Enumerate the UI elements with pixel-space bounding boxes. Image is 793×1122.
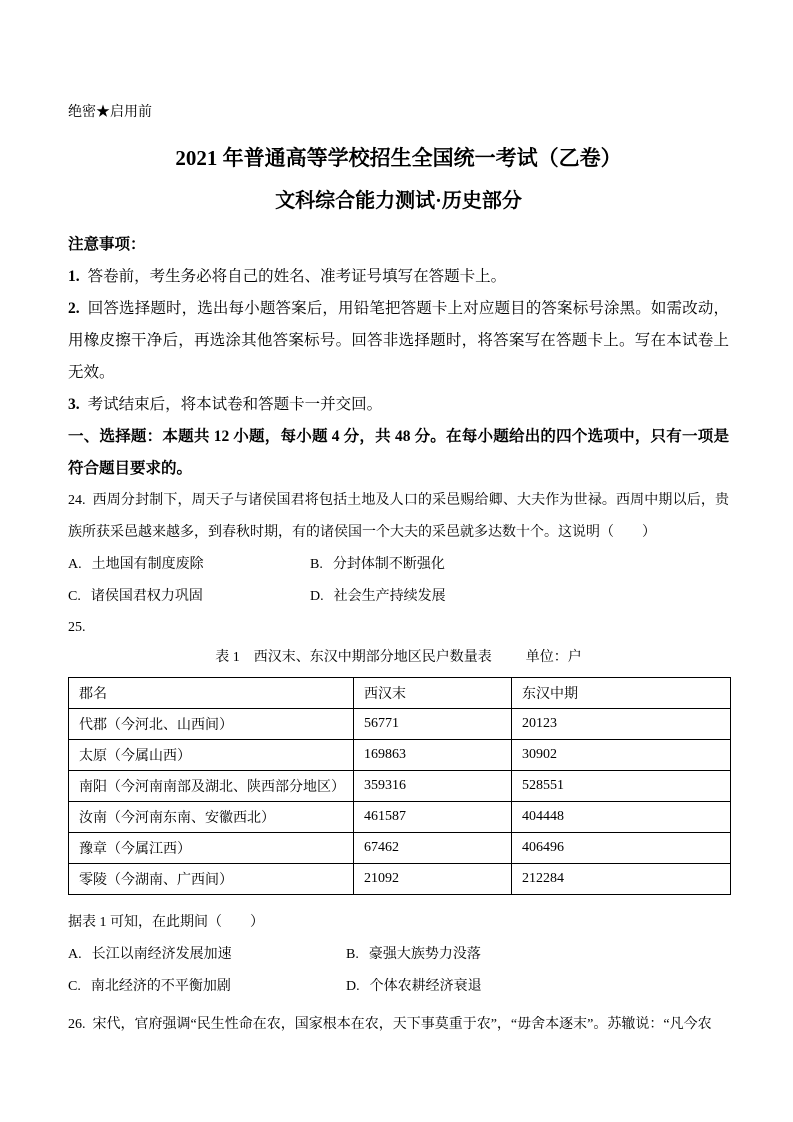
table-cell: 30902 xyxy=(512,740,731,771)
option-c: C.南北经济的不平衡加剧 xyxy=(68,971,346,1003)
table-cell: 20123 xyxy=(512,709,731,740)
option-text: 诸侯国君权力巩固 xyxy=(91,589,203,604)
question-stem-text: 西周分封制下，周天子与诸侯国君将包括土地及人口的采邑赐给卿、大夫作为世禄。西周中… xyxy=(68,493,729,540)
question-25-options: A.长江以南经济发展加速 B.豪强大族势力没落 C.南北经济的不平衡加剧 D.个… xyxy=(68,939,729,1003)
option-d: D.个体农耕经济衰退 xyxy=(346,971,729,1003)
question-number: 26. xyxy=(68,1017,86,1032)
table-cell: 56771 xyxy=(354,709,512,740)
option-text: 个体农耕经济衰退 xyxy=(370,979,482,994)
option-text: 长江以南经济发展加速 xyxy=(92,947,232,962)
exam-title: 2021 年普通高等学校招生全国统一考试（乙卷） xyxy=(68,145,729,171)
option-label: C. xyxy=(68,589,81,604)
option-label: B. xyxy=(346,947,359,962)
option-text: 南北经济的不平衡加剧 xyxy=(91,979,231,994)
notice-item-text: 考试结束后，将本试卷和答题卡一并交回。 xyxy=(88,396,383,413)
notice-item-3: 3.考试结束后，将本试卷和答题卡一并交回。 xyxy=(68,389,729,421)
table-header-cell-west-han: 西汉末 xyxy=(354,678,512,709)
table-row: 代郡（今河北、山西间） 56771 20123 xyxy=(69,709,731,740)
table-cell: 169863 xyxy=(354,740,512,771)
option-label: B. xyxy=(310,557,323,572)
table-header-cell-name: 郡名 xyxy=(69,678,354,709)
notice-item-text: 答卷前，考生务必将自己的姓名、准考证号填写在答题卡上。 xyxy=(88,268,507,285)
option-text: 土地国有制度废除 xyxy=(92,557,204,572)
table-cell: 212284 xyxy=(512,864,731,895)
question-number: 24. xyxy=(68,493,86,508)
table-cell: 豫章（今属江西） xyxy=(69,833,354,864)
table-cell: 代郡（今河北、山西间） xyxy=(69,709,354,740)
option-text: 社会生产持续发展 xyxy=(334,589,446,604)
table-cell: 零陵（今湖南、广西间） xyxy=(69,864,354,895)
table-cell: 528551 xyxy=(512,771,731,802)
section-one-heading: 一、选择题：本题共 12 小题，每小题 4 分，共 48 分。在每小题给出的四个… xyxy=(68,421,729,485)
question-number: 25. xyxy=(68,613,729,643)
option-label: D. xyxy=(346,979,360,994)
exam-subtitle: 文科综合能力测试·历史部分 xyxy=(68,189,729,213)
household-count-table: 郡名 西汉末 东汉中期 代郡（今河北、山西间） 56771 20123 太原（今… xyxy=(68,677,731,895)
table-unit-label: 单位：户 xyxy=(526,650,582,665)
question-26: 26.宋代，官府强调“民生性命在农，国家根本在农，天下事莫重于农”，“毋舍本逐末… xyxy=(68,1009,729,1041)
table-header-row: 郡名 西汉末 东汉中期 xyxy=(69,678,731,709)
option-a: A.土地国有制度废除 xyxy=(68,549,310,581)
question-26-stem: 26.宋代，官府强调“民生性命在农，国家根本在农，天下事莫重于农”，“毋舍本逐末… xyxy=(68,1009,729,1041)
table-caption-text: 表 1 西汉末、东汉中期部分地区民户数量表 xyxy=(215,650,492,665)
table-row: 太原（今属山西） 169863 30902 xyxy=(69,740,731,771)
table-cell: 汝南（今河南东南、安徽西北） xyxy=(69,802,354,833)
option-c: C.诸侯国君权力巩固 xyxy=(68,581,310,613)
notice-item-number: 2. xyxy=(68,300,80,317)
table-header-cell-east-han: 东汉中期 xyxy=(512,678,731,709)
security-classification: 绝密★启用前 xyxy=(68,104,729,122)
option-b: B.分封体制不断强化 xyxy=(310,549,729,581)
question-25: 25. 表 1 西汉末、东汉中期部分地区民户数量表单位：户 郡名 西汉末 东汉中… xyxy=(68,613,729,1003)
question-24: 24.西周分封制下，周天子与诸侯国君将包括土地及人口的采邑赐给卿、大夫作为世禄。… xyxy=(68,485,729,613)
table-cell: 461587 xyxy=(354,802,512,833)
notice-item-number: 3. xyxy=(68,396,80,413)
notice-item-1: 1.答卷前，考生务必将自己的姓名、准考证号填写在答题卡上。 xyxy=(68,261,729,293)
table-cell: 太原（今属山西） xyxy=(69,740,354,771)
table-row: 汝南（今河南东南、安徽西北） 461587 404448 xyxy=(69,802,731,833)
question-24-options: A.土地国有制度废除 B.分封体制不断强化 C.诸侯国君权力巩固 D.社会生产持… xyxy=(68,549,729,613)
table-cell: 359316 xyxy=(354,771,512,802)
table-row: 南阳（今河南南部及湖北、陕西部分地区） 359316 528551 xyxy=(69,771,731,802)
option-label: A. xyxy=(68,557,82,572)
option-label: A. xyxy=(68,947,82,962)
table-cell: 南阳（今河南南部及湖北、陕西部分地区） xyxy=(69,771,354,802)
option-b: B.豪强大族势力没落 xyxy=(346,939,729,971)
exam-page: 绝密★启用前 2021 年普通高等学校招生全国统一考试（乙卷） 文科综合能力测试… xyxy=(0,0,793,1122)
table-row: 零陵（今湖南、广西间） 21092 212284 xyxy=(69,864,731,895)
notice-item-text: 回答选择题时，选出每小题答案后，用铅笔把答题卡上对应题目的答案标号涂黑。如需改动… xyxy=(68,300,729,381)
table-cell: 404448 xyxy=(512,802,731,833)
question-25-stem: 据表 1 可知，在此期间（ ） xyxy=(68,907,729,939)
option-a: A.长江以南经济发展加速 xyxy=(68,939,346,971)
notice-heading: 注意事项： xyxy=(68,229,729,261)
table-cell: 21092 xyxy=(354,864,512,895)
option-label: C. xyxy=(68,979,81,994)
notice-item-number: 1. xyxy=(68,268,80,285)
question-24-stem: 24.西周分封制下，周天子与诸侯国君将包括土地及人口的采邑赐给卿、大夫作为世禄。… xyxy=(68,485,729,549)
option-d: D.社会生产持续发展 xyxy=(310,581,729,613)
table-row: 豫章（今属江西） 67462 406496 xyxy=(69,833,731,864)
table-cell: 406496 xyxy=(512,833,731,864)
option-text: 分封体制不断强化 xyxy=(333,557,445,572)
question-stem-text: 宋代，官府强调“民生性命在农，国家根本在农，天下事莫重于农”，“毋舍本逐末”。苏… xyxy=(93,1017,712,1032)
table-cell: 67462 xyxy=(354,833,512,864)
notice-item-2: 2.回答选择题时，选出每小题答案后，用铅笔把答题卡上对应题目的答案标号涂黑。如需… xyxy=(68,293,729,389)
table-caption: 表 1 西汉末、东汉中期部分地区民户数量表单位：户 xyxy=(68,648,729,668)
notice-section: 注意事项： 1.答卷前，考生务必将自己的姓名、准考证号填写在答题卡上。 2.回答… xyxy=(68,229,729,421)
option-label: D. xyxy=(310,589,324,604)
option-text: 豪强大族势力没落 xyxy=(369,947,481,962)
